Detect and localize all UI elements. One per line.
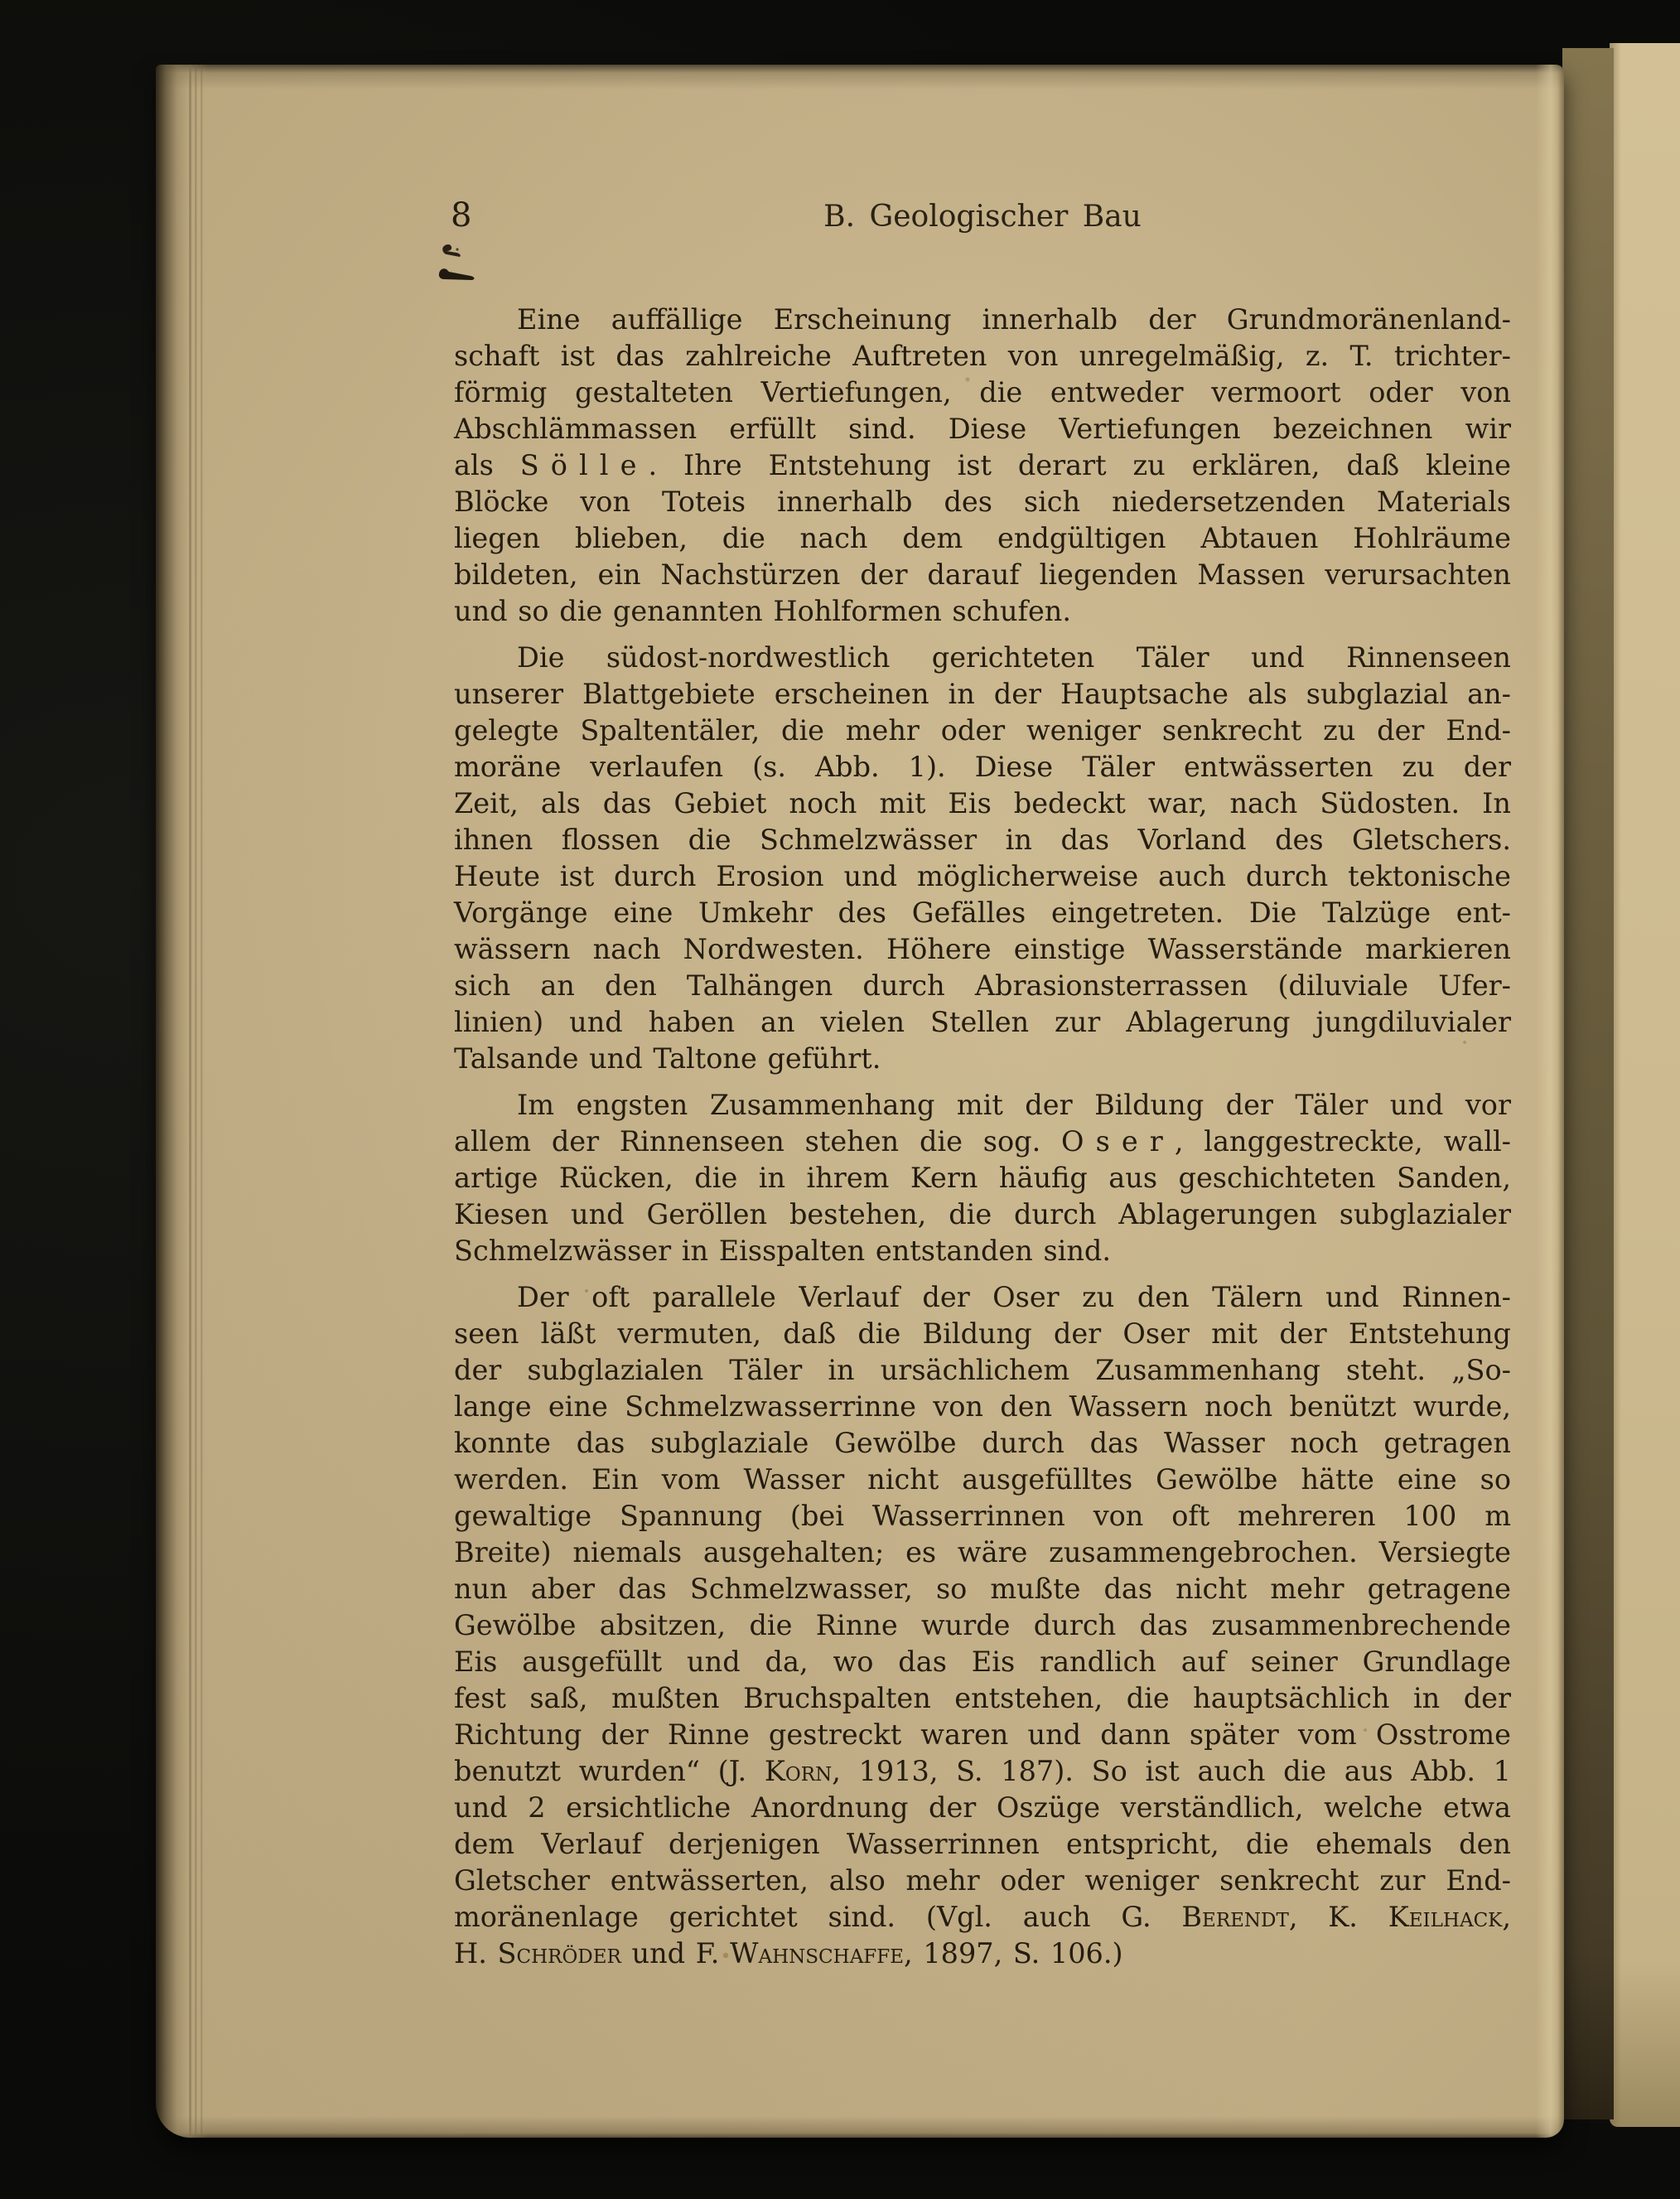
text-line: gelegte Spaltentäler, die mehr oder weni… [454, 713, 1511, 749]
text-segment: Berendt [1181, 1901, 1288, 1933]
text-line: Blöcke von Toteis innerhalb des sich nie… [454, 484, 1511, 520]
text-line: H. Schröder und F. Wahnschaffe, 1897, S.… [454, 1936, 1511, 1972]
text-line: Vorgänge eine Umkehr des Gefälles einget… [454, 895, 1511, 931]
text-segment: der subglazialen Täler in ursächlichem Z… [454, 1354, 1511, 1386]
text-segment: sich an den Talhängen durch Abrasionster… [454, 969, 1511, 1002]
text-segment: moränenlage gerichtet sind. (Vgl. auch G… [454, 1901, 1181, 1933]
text-segment: Zeit, als das Gebiet noch mit Eis bedeck… [454, 787, 1511, 819]
text-segment: Im engsten Zusammenhang mit der Bildung … [517, 1089, 1511, 1121]
text-line: Im engsten Zusammenhang mit der Bildung … [454, 1087, 1511, 1124]
text-segment: Heute ist durch Erosion und möglicherwei… [454, 860, 1511, 892]
text-segment: Vorgänge eine Umkehr des Gefälles einget… [454, 897, 1511, 929]
text-line: wässern nach Nordwesten. Höhere einstige… [454, 931, 1511, 968]
running-header: B. Geologischer Bau [454, 199, 1511, 235]
text-segment: Schmelzwässer in Eisspalten entstanden s… [454, 1235, 1111, 1267]
text-line: schaft ist das zahlreiche Auftreten von … [454, 338, 1511, 375]
text-segment: als [454, 449, 520, 481]
text-segment: und 2 ersichtliche Anordnung der Oszüge … [454, 1791, 1511, 1824]
text-line: Talsande und Taltone geführt. [454, 1041, 1511, 1077]
text-line: Heute ist durch Erosion und möglicherwei… [454, 858, 1511, 895]
text-segment: Gewölbe absitzen, die Rinne wurde durch … [454, 1609, 1511, 1641]
text-segment: gelegte Spaltentäler, die mehr oder weni… [454, 714, 1511, 747]
text-segment: Gletscher entwässerten, also mehr oder w… [454, 1864, 1511, 1897]
text-segment: gewaltige Spannung (bei Wasserrinnen von… [454, 1500, 1511, 1532]
paragraph: Im engsten Zusammenhang mit der Bildung … [454, 1087, 1511, 1269]
text-segment: , K. [1289, 1901, 1388, 1933]
text-segment: Kiesen und Geröllen bestehen, die durch … [454, 1198, 1511, 1230]
text-line: konnte das subglaziale Gewölbe durch das… [454, 1425, 1511, 1462]
text-line: seen läßt vermuten, daß die Bildung der … [454, 1316, 1511, 1352]
text-segment: Wahnschaffe [730, 1937, 904, 1969]
text-segment: Talsande und Taltone geführt. [454, 1042, 881, 1075]
text-segment: Eis ausgefüllt und da, wo das Eis randli… [454, 1646, 1511, 1678]
text-segment: ihnen flossen die Schmelzwässer in das V… [454, 824, 1511, 856]
text-line: Schmelzwässer in Eisspalten entstanden s… [454, 1233, 1511, 1269]
text-line: Eine auffällige Erscheinung innerhalb de… [454, 302, 1511, 338]
text-line: ihnen flossen die Schmelzwässer in das V… [454, 822, 1511, 858]
text-segment: Oser [1061, 1125, 1175, 1157]
text-segment: Abschlämmassen erfüllt sind. Diese Verti… [454, 413, 1511, 445]
text-line: linien) und haben an vielen Stellen zur … [454, 1004, 1511, 1041]
text-segment: und so die genannten Hohlformen schufen. [454, 595, 1071, 627]
text-segment: und F. [621, 1937, 730, 1969]
text-segment: , 1897, S. 106.) [904, 1937, 1123, 1969]
text-line: allem der Rinnenseen stehen die sog. Ose… [454, 1124, 1511, 1160]
paragraph: Die südost-nordwestlich gerichteten Täle… [454, 640, 1511, 1077]
text-line: Breite) niemals ausgehalten; es wäre zus… [454, 1534, 1511, 1571]
text-line: werden. Ein vom Wasser nicht ausgefüllte… [454, 1462, 1511, 1498]
text-line: artige Rücken, die in ihrem Kern häufig … [454, 1160, 1511, 1196]
text-segment: Keilhack [1388, 1901, 1503, 1933]
text-line: der subglazialen Täler in ursächlichem Z… [454, 1352, 1511, 1389]
text-segment: Schröder [498, 1937, 621, 1969]
text-segment: Eine auffällige Erscheinung innerhalb de… [517, 303, 1511, 336]
text-segment: liegen blieben, die nach dem endgültigen… [454, 522, 1511, 554]
paragraph: Eine auffällige Erscheinung innerhalb de… [454, 302, 1511, 630]
text-line: Richtung der Rinne gestreckt waren und d… [454, 1717, 1511, 1753]
text-line: bildeten, ein Nachstürzen der darauf lie… [454, 557, 1511, 593]
text-segment: dem Verlauf derjenigen Wasserrinnen ents… [454, 1828, 1511, 1860]
text-segment: förmig gestalteten Vertiefungen, die ent… [454, 376, 1511, 408]
text-line: und 2 ersichtliche Anordnung der Oszüge … [454, 1790, 1511, 1826]
text-segment: artige Rücken, die in ihrem Kern häufig … [454, 1162, 1511, 1194]
text-line: benutzt wurden“ (J. Korn, 1913, S. 187).… [454, 1753, 1511, 1790]
text-segment: Breite) niemals ausgehalten; es wäre zus… [454, 1536, 1511, 1568]
text-segment: allem der Rinnenseen stehen die sog. [454, 1125, 1061, 1157]
text-segment: konnte das subglaziale Gewölbe durch das… [454, 1427, 1511, 1459]
text-line: liegen blieben, die nach dem endgültigen… [454, 520, 1511, 557]
text-line: gewaltige Spannung (bei Wasserrinnen von… [454, 1498, 1511, 1534]
text-line: Eis ausgefüllt und da, wo das Eis randli… [454, 1644, 1511, 1680]
book-scan-background: 8 B. Geologischer Bau Eine auffällige Er… [0, 0, 1680, 2199]
text-line: dem Verlauf derjenigen Wasserrinnen ents… [454, 1826, 1511, 1863]
text-line: Zeit, als das Gebiet noch mit Eis bedeck… [454, 785, 1511, 822]
text-segment: Sölle [520, 449, 649, 481]
text-segment: moräne verlaufen (s. Abb. 1). Diese Täle… [454, 751, 1511, 783]
text-segment: , langgestreckte, wall- [1175, 1125, 1511, 1157]
text-segment: , [1502, 1901, 1511, 1933]
text-segment: linien) und haben an vielen Stellen zur … [454, 1006, 1511, 1038]
text-line: Kiesen und Geröllen bestehen, die durch … [454, 1196, 1511, 1233]
text-segment: schaft ist das zahlreiche Auftreten von … [454, 340, 1511, 372]
text-segment: Korn [765, 1755, 832, 1787]
text-segment: bildeten, ein Nachstürzen der darauf lie… [454, 558, 1511, 591]
text-segment: , 1913, S. 187). So ist auch die aus Abb… [832, 1755, 1511, 1787]
text-segment: Blöcke von Toteis innerhalb des sich nie… [454, 486, 1511, 518]
text-line: lange eine Schmelzwasserrinne von den Wa… [454, 1389, 1511, 1425]
text-segment: wässern nach Nordwesten. Höhere einstige… [454, 933, 1511, 965]
text-line: und so die genannten Hohlformen schufen. [454, 593, 1511, 630]
text-line: Gewölbe absitzen, die Rinne wurde durch … [454, 1607, 1511, 1644]
text-line: förmig gestalteten Vertiefungen, die ent… [454, 375, 1511, 411]
text-line: moräne verlaufen (s. Abb. 1). Diese Täle… [454, 749, 1511, 785]
text-segment: nun aber das Schmelzwasser, so mußte das… [454, 1573, 1511, 1605]
text-segment: werden. Ein vom Wasser nicht ausgefüllte… [454, 1463, 1511, 1496]
page-gap-shadow [1562, 48, 1614, 2119]
text-segment: lange eine Schmelzwasserrinne von den Wa… [454, 1390, 1511, 1423]
text-line: unserer Blattgebiete erscheinen in der H… [454, 676, 1511, 713]
text-line: Der oft parallele Verlauf der Oser zu de… [454, 1279, 1511, 1316]
text-line: Gletscher entwässerten, also mehr oder w… [454, 1863, 1511, 1899]
page-text: Eine auffällige Erscheinung innerhalb de… [454, 302, 1511, 1982]
text-line: als Sölle. Ihre Entstehung ist derart zu… [454, 447, 1511, 484]
text-line: Die südost-nordwestlich gerichteten Täle… [454, 640, 1511, 676]
text-segment: Richtung der Rinne gestreckt waren und d… [454, 1718, 1511, 1751]
text-line: fest saß, mußten Bruchspalten entstehen,… [454, 1680, 1511, 1717]
text-segment: benutzt wurden“ (J. [454, 1755, 765, 1787]
text-segment: Der oft parallele Verlauf der Oser zu de… [517, 1281, 1511, 1313]
text-line: moränenlage gerichtet sind. (Vgl. auch G… [454, 1899, 1511, 1936]
text-line: sich an den Talhängen durch Abrasionster… [454, 968, 1511, 1004]
ink-smudge [436, 242, 500, 297]
text-segment: fest saß, mußten Bruchspalten entstehen,… [454, 1682, 1511, 1714]
text-line: Abschlämmassen erfüllt sind. Diese Verti… [454, 411, 1511, 447]
text-segment: . Ihre Entstehung ist derart zu erklären… [649, 449, 1512, 481]
text-segment: Die südost-nordwestlich gerichteten Täle… [517, 641, 1511, 674]
text-segment: seen läßt vermuten, daß die Bildung der … [454, 1317, 1511, 1350]
text-line: nun aber das Schmelzwasser, so mußte das… [454, 1571, 1511, 1607]
next-page-edge [1610, 43, 1680, 2127]
text-segment: H. [454, 1937, 498, 1969]
book-page: 8 B. Geologischer Bau Eine auffällige Er… [156, 65, 1564, 2138]
paragraph: Der oft parallele Verlauf der Oser zu de… [454, 1279, 1511, 1972]
text-segment: unserer Blattgebiete erscheinen in der H… [454, 678, 1511, 710]
